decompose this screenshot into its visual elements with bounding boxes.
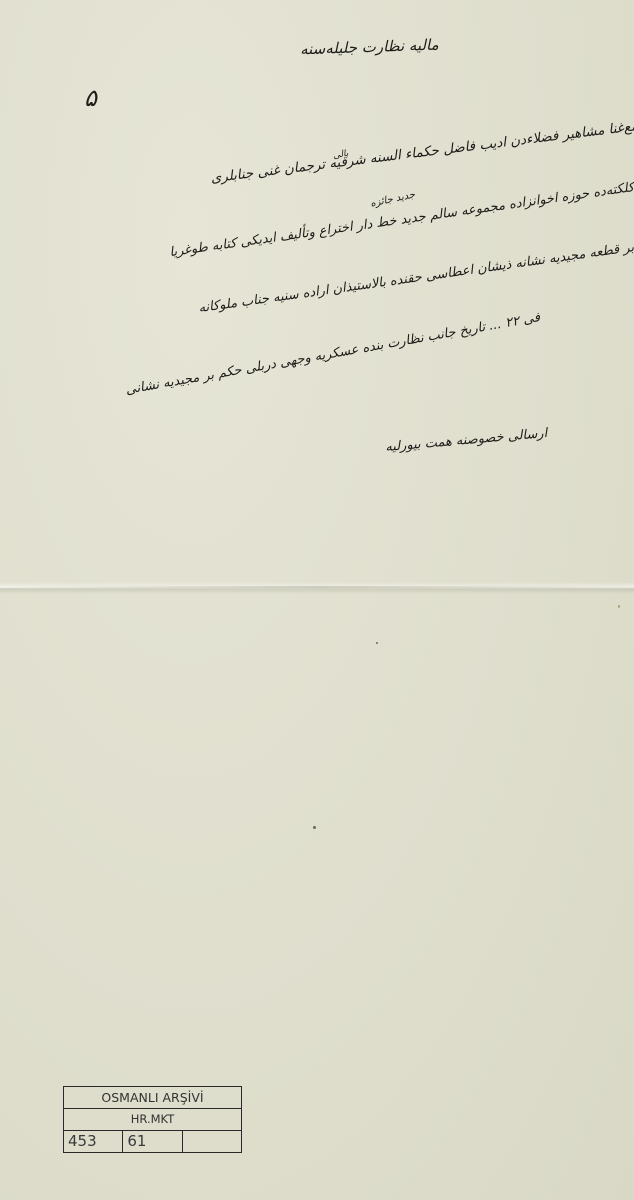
archive-dossier-number: 453: [64, 1131, 123, 1152]
archive-name: OSMANLI ARŞİVİ: [64, 1087, 241, 1109]
ink-speck: [376, 642, 378, 644]
archive-fond: HR.MKT: [64, 1109, 241, 1131]
archive-shirt-number: 61: [123, 1131, 182, 1152]
ink-speck: [313, 826, 316, 829]
interlinear-note: جدید جائزه: [369, 189, 416, 209]
document-page: مالیه نظارت جلیله‌سنه ۵ بالی مع‌غنا مشاه…: [0, 0, 634, 1200]
archive-stamp: OSMANLI ARŞİVİ HR.MKT 453 61: [63, 1086, 242, 1153]
archive-extra-cell: [183, 1131, 241, 1152]
ink-speck: [618, 605, 620, 608]
document-heading: مالیه نظارت جلیله‌سنه: [300, 36, 439, 59]
signature-line: ارسالی خصوصنه همت بیورلیه: [385, 426, 548, 455]
paper-fold-line: [0, 586, 634, 588]
margin-mark: ۵: [84, 84, 97, 112]
